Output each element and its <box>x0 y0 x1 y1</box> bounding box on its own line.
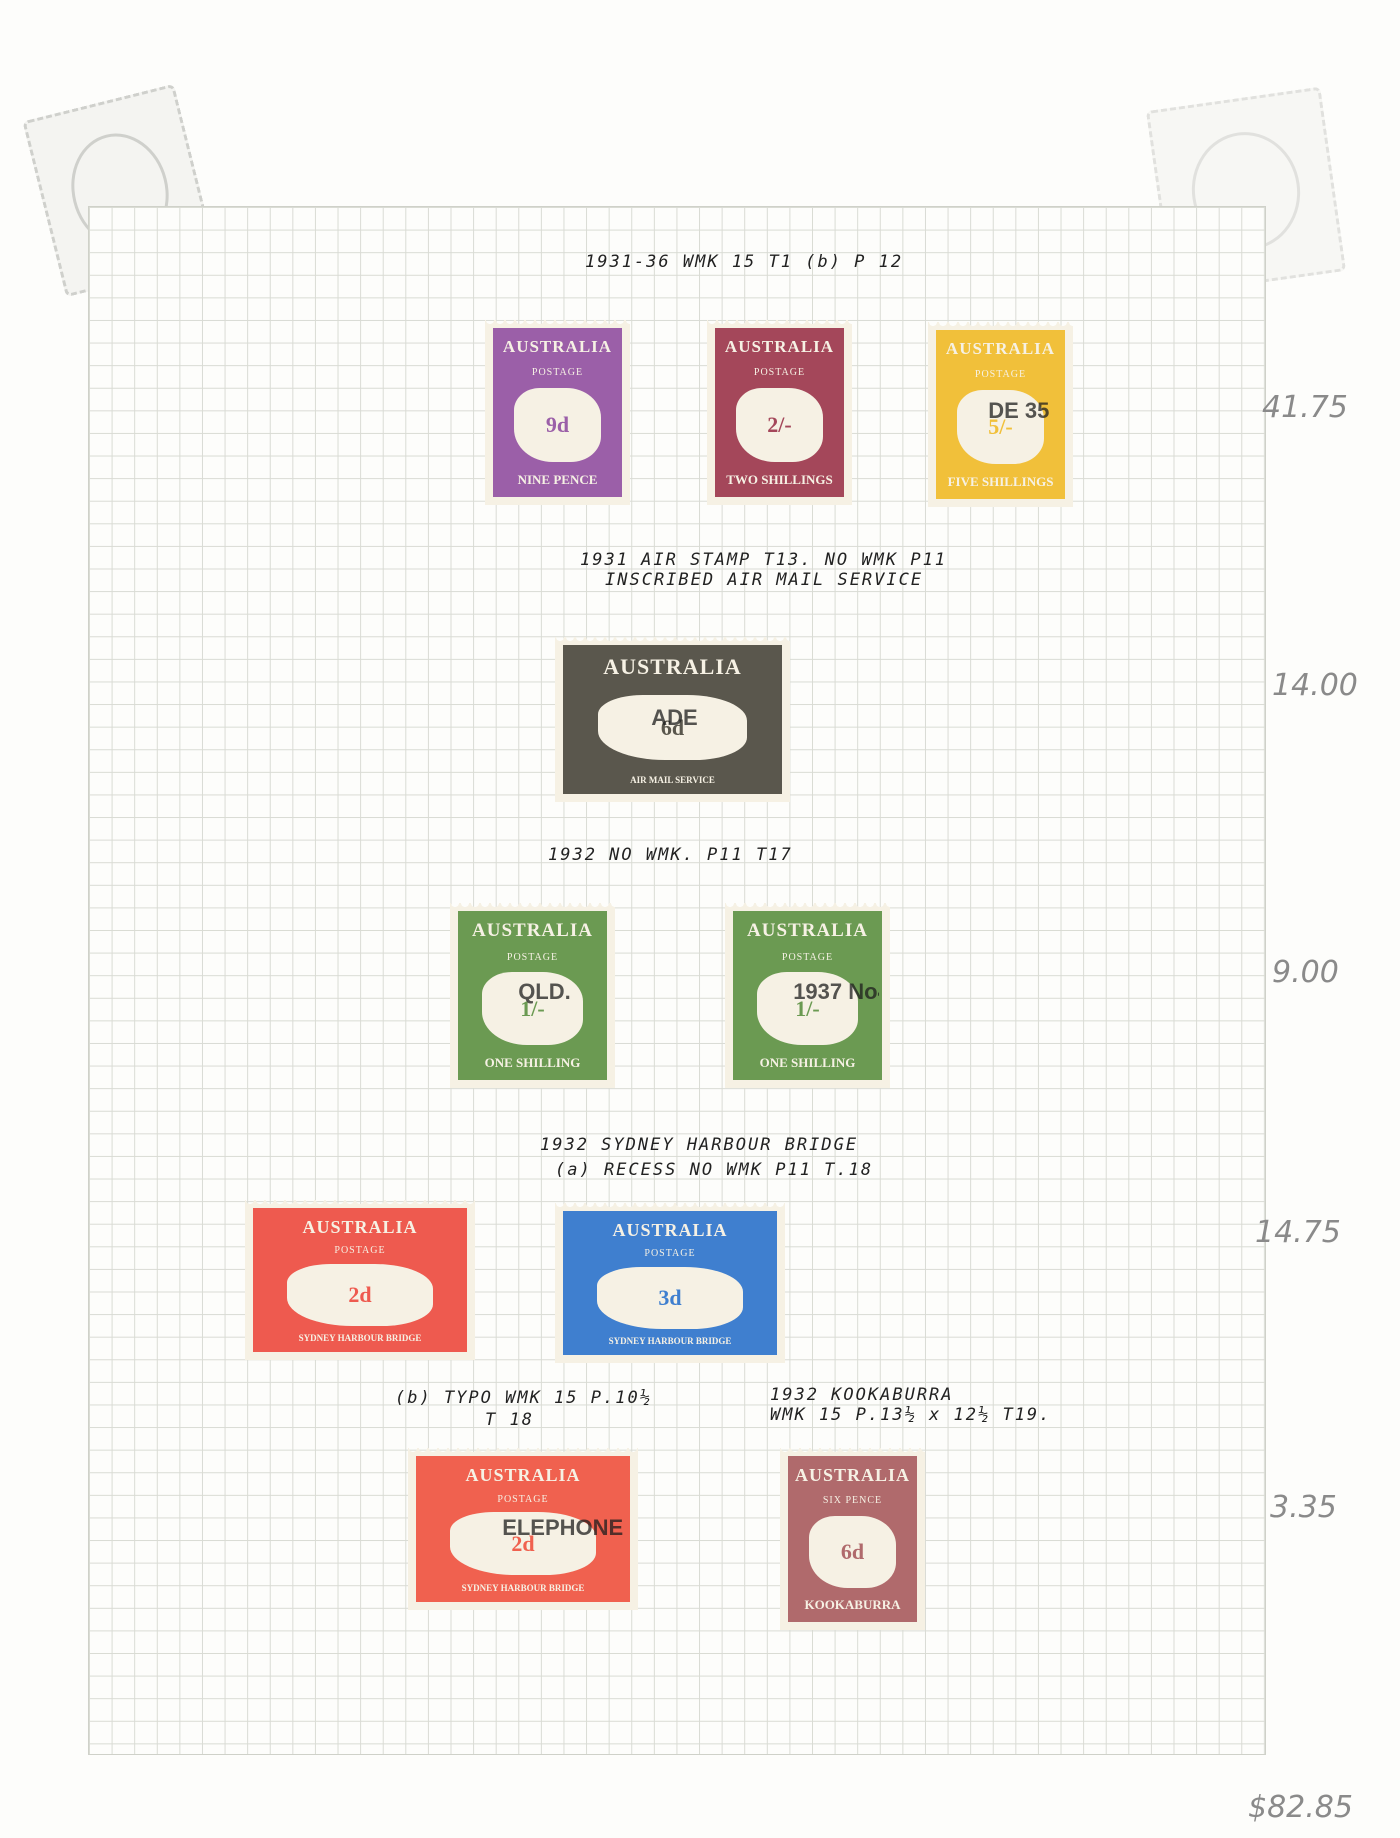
bridge-heading-1: 1932 SYDNEY HARBOUR BRIDGE <box>540 1135 858 1155</box>
price-row-4: 14.75 <box>1255 1215 1341 1250</box>
stamp-title: AUSTRALIA <box>302 1217 417 1238</box>
stamp-lyrebird-1s-a: AUSTRALIAPOSTAGE1/-ONE SHILLINGQLD. <box>450 903 615 1088</box>
stamp-inscription: ONE SHILLING <box>760 1055 856 1071</box>
stamp-value: 3d <box>658 1285 681 1311</box>
typo-heading-2: T 18 <box>485 1410 534 1430</box>
stamp-subtitle: POSTAGE <box>334 1245 385 1256</box>
postmark: ADE <box>651 705 697 731</box>
stamp-subtitle: POSTAGE <box>532 367 583 378</box>
stamp-vignette: 3d <box>597 1267 743 1329</box>
postmark: ELEPHONE <box>502 1515 623 1541</box>
postmark: QLD. <box>518 979 571 1005</box>
stamp-inscription: AIR MAIL SERVICE <box>630 775 715 785</box>
stamp-title: AUSTRALIA <box>603 654 742 680</box>
stamp-inscription: NINE PENCE <box>518 472 598 488</box>
stamp-title: AUSTRALIA <box>472 920 593 942</box>
stamp-title: AUSTRALIA <box>465 1465 580 1486</box>
stamp-subtitle: POSTAGE <box>644 1248 695 1259</box>
stamp-vignette: 6d <box>809 1516 895 1588</box>
stamp-title: AUSTRALIA <box>747 920 868 942</box>
price-row-1: 41.75 <box>1262 390 1348 425</box>
airmail-heading-2: INSCRIBED AIR MAIL SERVICE <box>605 570 923 590</box>
stamp-kangaroo-2s: AUSTRALIAPOSTAGE2/-TWO SHILLINGS <box>707 320 852 505</box>
stamp-title: AUSTRALIA <box>946 339 1055 359</box>
stamp-inscription: SYDNEY HARBOUR BRIDGE <box>609 1336 732 1346</box>
stamp-kangaroo-5s: AUSTRALIAPOSTAGE5/-FIVE SHILLINGSDE 35 <box>928 322 1073 507</box>
stamp-title: AUSTRALIA <box>725 337 834 357</box>
kookaburra-heading-2: WMK 15 P.13½ x 12½ T19. <box>770 1405 1051 1425</box>
stamp-title: AUSTRALIA <box>503 337 612 357</box>
stamp-kookaburra-6d: AUSTRALIASIX PENCE6dKOOKABURRA <box>780 1448 925 1630</box>
stamp-value: 6d <box>841 1539 864 1565</box>
stamp-vignette: 9d <box>514 388 600 461</box>
stamp-subtitle: POSTAGE <box>507 952 558 963</box>
price-total: $82.85 <box>1248 1790 1353 1825</box>
stamp-vignette: 2d <box>287 1264 433 1326</box>
stamp-bridge-2d-typo: AUSTRALIAPOSTAGE2dSYDNEY HARBOUR BRIDGEE… <box>408 1448 638 1610</box>
price-row-2: 14.00 <box>1272 668 1358 703</box>
bridge-heading-2: (a) RECESS NO WMK P11 T.18 <box>555 1160 873 1180</box>
stamp-airmail-6d: AUSTRALIA6dAIR MAIL SERVICEADE <box>555 637 790 802</box>
stamp-inscription: TWO SHILLINGS <box>726 472 833 488</box>
stamp-subtitle: POSTAGE <box>782 952 833 963</box>
lyrebird-heading: 1932 NO WMK. P11 T17 <box>548 845 793 865</box>
stamp-title: AUSTRALIA <box>795 1465 910 1486</box>
kookaburra-heading-1: 1932 KOOKABURRA <box>770 1385 954 1405</box>
typo-heading-1: (b) TYPO WMK 15 P.10½ <box>395 1388 652 1408</box>
stamp-inscription: KOOKABURRA <box>804 1597 900 1613</box>
kangaroo-heading: 1931-36 WMK 15 T1 (b) P 12 <box>585 252 903 272</box>
stamp-subtitle: POSTAGE <box>497 1494 548 1505</box>
postmark: DE 35 <box>988 398 1049 424</box>
stamp-inscription: SYDNEY HARBOUR BRIDGE <box>462 1583 585 1593</box>
airmail-heading-1: 1931 AIR STAMP T13. NO WMK P11 <box>580 550 947 570</box>
stamp-kangaroo-9d: AUSTRALIAPOSTAGE9dNINE PENCE <box>485 320 630 505</box>
stamp-subtitle: SIX PENCE <box>823 1495 882 1506</box>
price-row-3: 9.00 <box>1272 955 1339 990</box>
postmark: 1937 No4 <box>793 979 882 1005</box>
stamp-lyrebird-1s-b: AUSTRALIAPOSTAGE1/-ONE SHILLING1937 No4 <box>725 903 890 1088</box>
stamp-bridge-3d-recess: AUSTRALIAPOSTAGE3dSYDNEY HARBOUR BRIDGE <box>555 1203 785 1363</box>
stamp-inscription: ONE SHILLING <box>485 1055 581 1071</box>
stamp-inscription: FIVE SHILLINGS <box>948 474 1054 490</box>
stamp-vignette: 2/- <box>736 388 822 461</box>
stamp-subtitle: POSTAGE <box>754 367 805 378</box>
album-grid <box>88 206 1266 1755</box>
stamp-value: 9d <box>546 412 569 438</box>
stamp-inscription: SYDNEY HARBOUR BRIDGE <box>299 1333 422 1343</box>
stamp-subtitle: POSTAGE <box>975 369 1026 380</box>
stamp-value: 2/- <box>767 412 791 438</box>
stamp-title: AUSTRALIA <box>612 1220 727 1241</box>
stamp-bridge-2d-recess: AUSTRALIAPOSTAGE2dSYDNEY HARBOUR BRIDGE <box>245 1200 475 1360</box>
stamp-value: 2d <box>348 1282 371 1308</box>
price-row-5: 3.35 <box>1270 1490 1337 1525</box>
